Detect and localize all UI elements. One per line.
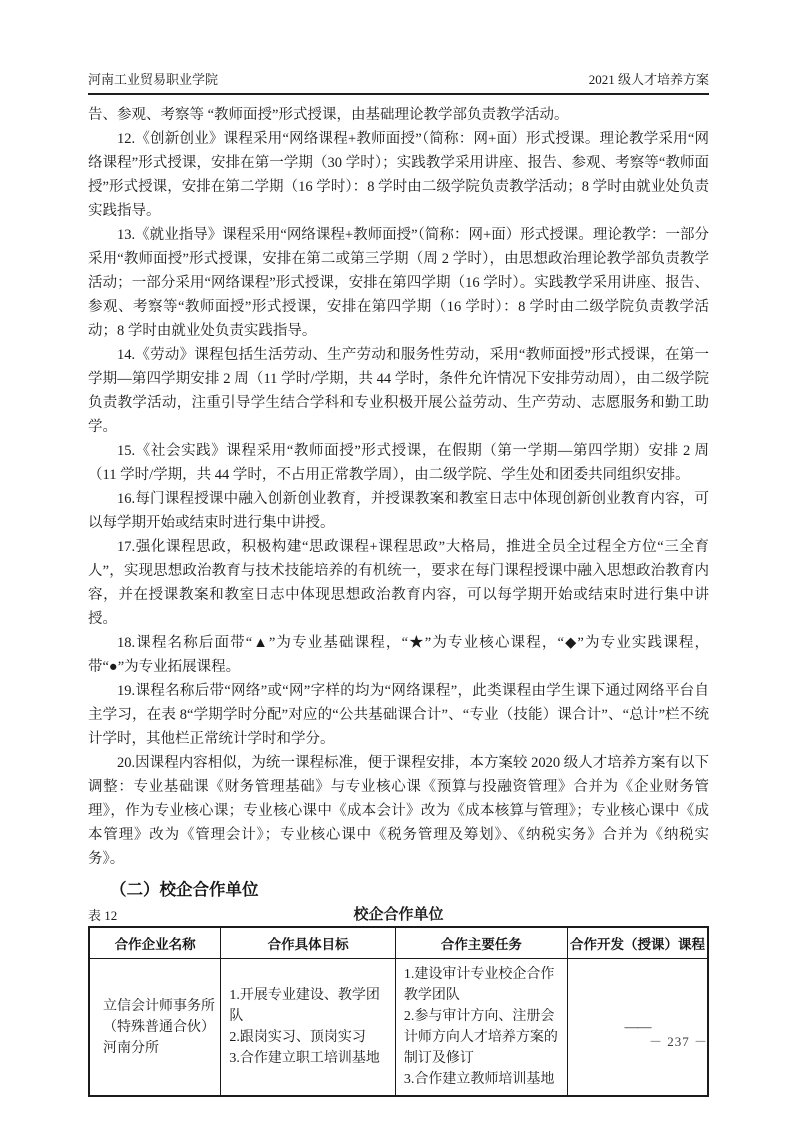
paragraph: 13.《就业指导》课程采用“网络课程+教师面授”（简称：网+面）形式授课。理论教… [88, 223, 709, 343]
paragraph: 18.课程名称后面带“▲”为专业基础课程，“★”为专业核心课程，“◆”为专业实践… [88, 631, 709, 679]
body-paragraphs: 告、参观、考察等 “教师面授”形式授课，由基础理论教学部负责教学活动。12.《创… [88, 103, 709, 871]
paragraph: 15.《社会实践》课程采用“教师面授”形式授课，在假期（第一学期—第四学期）安排… [88, 439, 709, 487]
table-cell: 1.建设审计专业校企合作教学团队 2.参与审计方向、注册会计师方向人才培养方案的… [395, 959, 567, 1097]
table-row: 立信会计师事务所（特殊普通合伙）河南分所1.开展专业建设、教学团队 2.跟岗实习… [89, 959, 708, 1097]
paragraph: 告、参观、考察等 “教师面授”形式授课，由基础理论教学部负责教学活动。 [88, 103, 709, 127]
page-number: － 237 － [649, 1031, 708, 1050]
table-header-row: 合作企业名称合作具体目标合作主要任务合作开发（授课）课程 [89, 927, 708, 959]
paragraph: 20.因课程内容相似，为统一课程标准，便于课程安排，本方案较 2020 级人才培… [88, 751, 709, 871]
table-header-cell: 合作具体目标 [221, 927, 396, 959]
table-header-cell: 合作开发（授课）课程 [567, 927, 708, 959]
document-page: 河南工业贸易职业学院 2021 级人才培养方案 告、参观、考察等 “教师面授”形… [0, 0, 793, 1122]
running-header: 河南工业贸易职业学院 2021 级人才培养方案 [88, 71, 709, 95]
table-header-cell: 合作企业名称 [89, 927, 221, 959]
table-cell: —— [567, 959, 708, 1097]
header-program-label: 2021 级人才培养方案 [589, 71, 709, 88]
table-cell: 1.开展专业建设、教学团队 2.跟岗实习、顶岗实习 3.合作建立职工培训基地 [221, 959, 396, 1097]
table-cell: 立信会计师事务所（特殊普通合伙）河南分所 [89, 959, 221, 1097]
paragraph: 19.课程名称后带“网络”或“网”字样的均为“网络课程”，此类课程由学生课下通过… [88, 679, 709, 751]
body-column: 告、参观、考察等 “教师面授”形式授课，由基础理论教学部负责教学活动。12.《创… [88, 103, 709, 1097]
paragraph: 12.《创新创业》课程采用“网络课程+教师面授”（简称：网+面）形式授课。理论教… [88, 127, 709, 223]
table-title: 校企合作单位 [88, 905, 709, 924]
section-heading: （二）校企合作单位 [88, 879, 709, 902]
paragraph: 17.强化课程思政，积极构建“思政课程+课程思政”大格局，推进全员全过程全方位“… [88, 535, 709, 631]
table-caption: 表 12 校企合作单位 [88, 905, 709, 924]
paragraph: 16.每门课程授课中融入创新创业教育，并授课教案和教室日志中体现创新创业教育内容… [88, 487, 709, 535]
header-school-name: 河南工业贸易职业学院 [88, 71, 218, 88]
coop-table: 合作企业名称合作具体目标合作主要任务合作开发（授课）课程 立信会计师事务所（特殊… [88, 926, 709, 1097]
paragraph: 14.《劳动》课程包括生活劳动、生产劳动和服务性劳动，采用“教师面授”形式授课，… [88, 343, 709, 439]
table-header-cell: 合作主要任务 [395, 927, 567, 959]
